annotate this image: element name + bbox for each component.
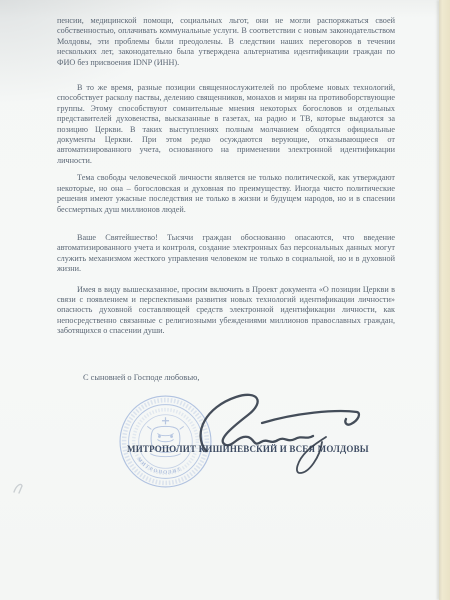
letter-body: пенсии, медицинской помощи, социальных л… [57, 16, 395, 337]
paragraph-4: Ваше Святейшество! Тысячи граждан обосно… [57, 233, 395, 275]
pencil-mark [10, 478, 28, 498]
paragraph-1: пенсии, медицинской помощи, социальных л… [57, 16, 395, 68]
signature-autograph [110, 385, 380, 495]
scanned-letter-page: пенсии, медицинской помощи, социальных л… [0, 0, 450, 600]
paragraph-5: Имея в виду вышесказанное, просим включи… [57, 285, 395, 337]
paragraph-3: Тема свободы человеческой личности являе… [57, 173, 395, 215]
paragraph-2: В то же время, разные позиции священносл… [57, 83, 395, 166]
closing-salutation: С сыновней о Господе любовью, [83, 373, 199, 382]
scan-edge-strip [439, 0, 450, 600]
